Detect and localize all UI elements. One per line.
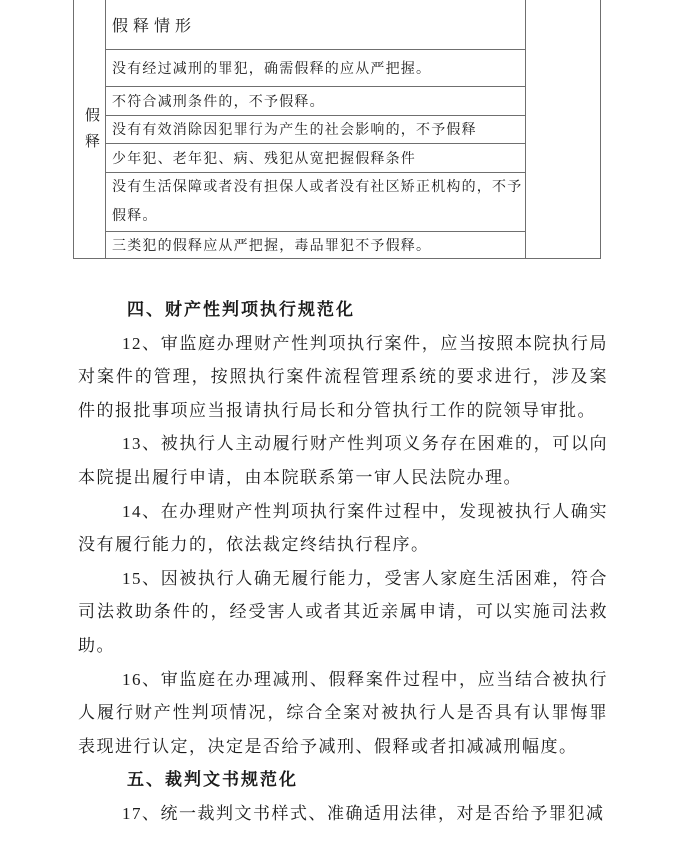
paragraph-12: 12、审监庭办理财产性判项执行案件，应当按照本院执行局对案件的管理，按照执行案件… [78,327,608,428]
table-cell: 不符合减刑条件的，不予假释。 [106,86,526,115]
paragraph-15: 15、因被执行人确无履行能力，受害人家庭生活困难，符合司法救助条件的，经受害人或… [78,562,608,663]
paragraph-17: 17、统一裁判文书样式、准确适用法律，对是否给予罪犯减 [78,797,608,831]
table-row: 三类犯的假释应从严把握，毒品罪犯不予假释。 [74,231,601,258]
table-row: 没有生活保障或者没有担保人或者没有社区矫正机构的，不予假释。 [74,172,601,231]
document-body: 四、财产性判项执行规范化 12、审监庭办理财产性判项执行案件，应当按照本院执行局… [78,293,608,831]
section-heading-4: 四、财产性判项执行规范化 [78,293,608,327]
section-heading-5: 五、裁判文书规范化 [78,763,608,797]
table-cell: 少年犯、老年犯、病、残犯从宽把握假释条件 [106,143,526,172]
paragraph-16: 16、审监庭在办理减刑、假释案件过程中，应当结合被执行人履行财产性判项情况，综合… [78,663,608,764]
row-label-parole: 假释 [84,103,101,155]
table-row: 不符合减刑条件的，不予假释。 [74,86,601,115]
paragraph-13: 13、被执行人主动履行财产性判项义务存在困难的，可以向本院提出履行申请，由本院联… [78,427,608,494]
paragraph-14: 14、在办理财产性判项执行案件过程中，发现被执行人确实没有履行能力的，依法裁定终… [78,495,608,562]
table-empty-column [526,0,601,258]
table-cell: 没有生活保障或者没有担保人或者没有社区矫正机构的，不予假释。 [106,172,526,231]
table-cell: 没有有效消除因犯罪行为产生的社会影响的，不予假释 [106,115,526,143]
table-header-cell: 假释情形 [106,0,526,49]
table-row: 少年犯、老年犯、病、残犯从宽把握假释条件 [74,143,601,172]
table-row: 没有经过减刑的罪犯，确需假释的应从严把握。 [74,49,601,86]
table-header-row: 假释 假释情形 [74,0,601,49]
parole-table: 假释 假释情形 没有经过减刑的罪犯，确需假释的应从严把握。 不符合减刑条件的，不… [73,0,601,259]
table-cell: 没有经过减刑的罪犯，确需假释的应从严把握。 [106,49,526,86]
table-cell: 三类犯的假释应从严把握，毒品罪犯不予假释。 [106,231,526,258]
table-row-label-cell: 假释 [74,0,106,258]
table-row: 没有有效消除因犯罪行为产生的社会影响的，不予假释 [74,115,601,143]
document-page: 假释 假释情形 没有经过减刑的罪犯，确需假释的应从严把握。 不符合减刑条件的，不… [0,0,699,843]
